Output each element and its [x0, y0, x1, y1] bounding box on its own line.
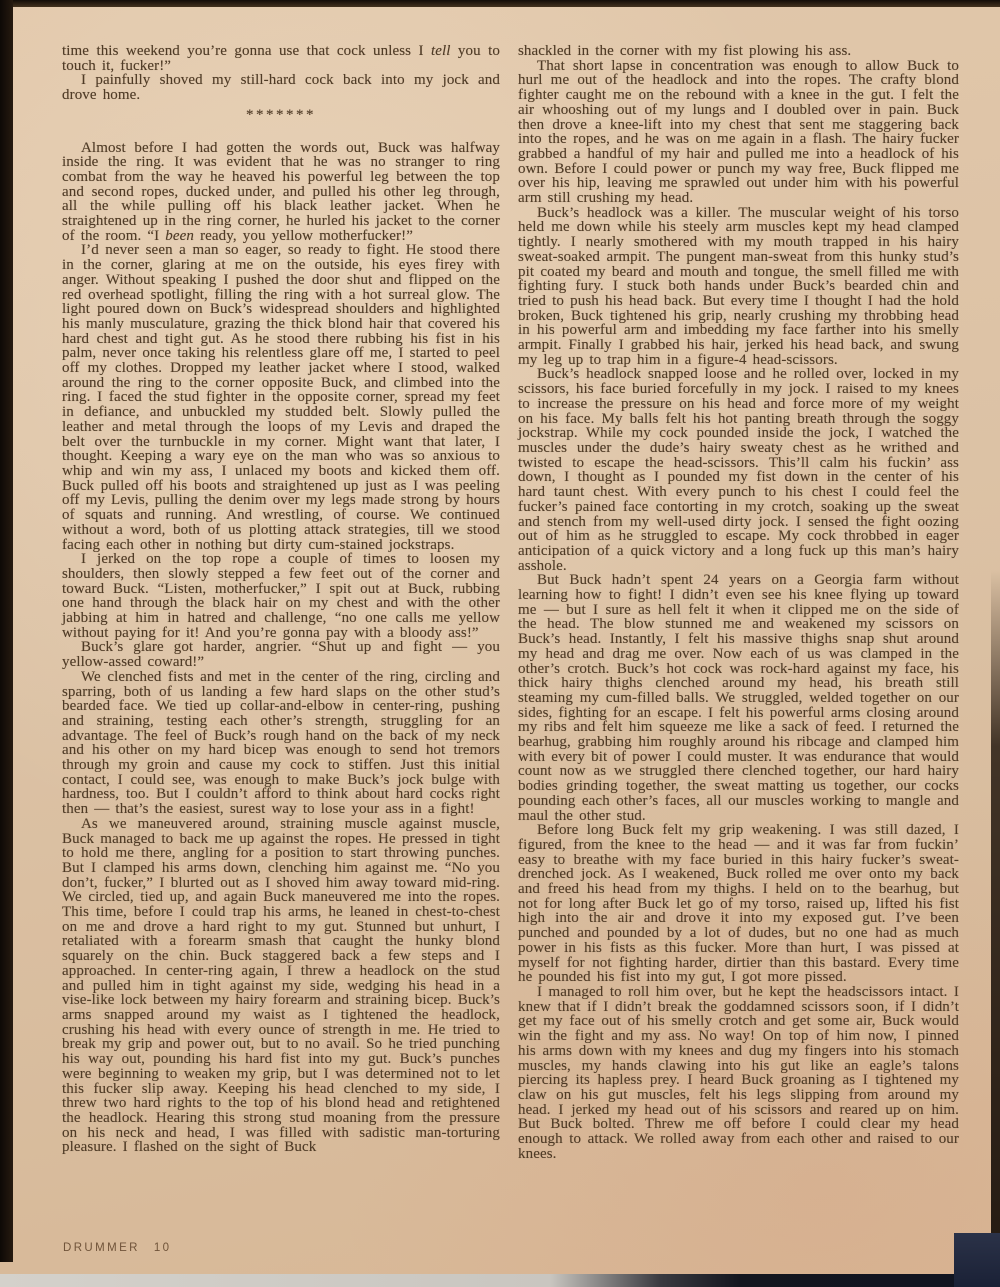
body-text-paragraph: But Buck hadn’t spent 24 years on a Geor…: [518, 573, 959, 823]
paragraph-text: time this weekend you’re gonna use that …: [62, 43, 431, 59]
body-text-paragraph: Before long Buck felt my grip weakening.…: [518, 823, 959, 985]
body-text-paragraph: We clenched fists and met in the center …: [62, 670, 500, 817]
bottom-scan-edge: [0, 1274, 1000, 1287]
body-text-paragraph: Buck’s glare got harder, angrier. “Shut …: [62, 640, 500, 669]
body-text-paragraph: I jerked on the top rope a couple of tim…: [62, 552, 500, 640]
page-footer: DRUMMER10: [63, 1242, 171, 1254]
scanned-page: time this weekend you’re gonna use that …: [0, 0, 1000, 1287]
italic-word: been: [165, 228, 194, 244]
body-text-paragraph: That short lapse in concentration was en…: [518, 59, 959, 206]
body-text-paragraph: Almost before I had gotten the words out…: [62, 141, 500, 244]
right-column: shackled in the corner with my fist plow…: [518, 44, 959, 1161]
body-text-paragraph: I managed to roll him over, but he kept …: [518, 985, 959, 1161]
magazine-name: DRUMMER: [63, 1242, 140, 1254]
page-number: 10: [154, 1242, 172, 1254]
body-text-paragraph: time this weekend you’re gonna use that …: [62, 44, 500, 73]
paragraph-text: ready, you yellow motherfucker!”: [194, 228, 413, 244]
body-text-paragraph: I’d never seen a man so eager, so ready …: [62, 243, 500, 552]
asterisk-section-separator: *******: [62, 103, 500, 141]
italic-word: tell: [431, 43, 451, 59]
body-text-paragraph: Buck’s headlock was a killer. The muscul…: [518, 206, 959, 368]
left-scan-edge: [0, 0, 13, 1262]
top-scan-edge: [0, 0, 1000, 7]
right-page-edge-shadow: [991, 570, 1000, 1275]
body-text-paragraph: As we maneuvered around, straining muscl…: [62, 817, 500, 1155]
left-column: time this weekend you’re gonna use that …: [62, 44, 500, 1155]
body-text-paragraph: Buck’s headlock snapped loose and he rol…: [518, 367, 959, 573]
body-text-paragraph: shackled in the corner with my fist plow…: [518, 44, 959, 59]
bottom-right-binding-corner: [954, 1233, 1000, 1287]
body-text-paragraph: I painfully shoved my still-hard cock ba…: [62, 73, 500, 102]
